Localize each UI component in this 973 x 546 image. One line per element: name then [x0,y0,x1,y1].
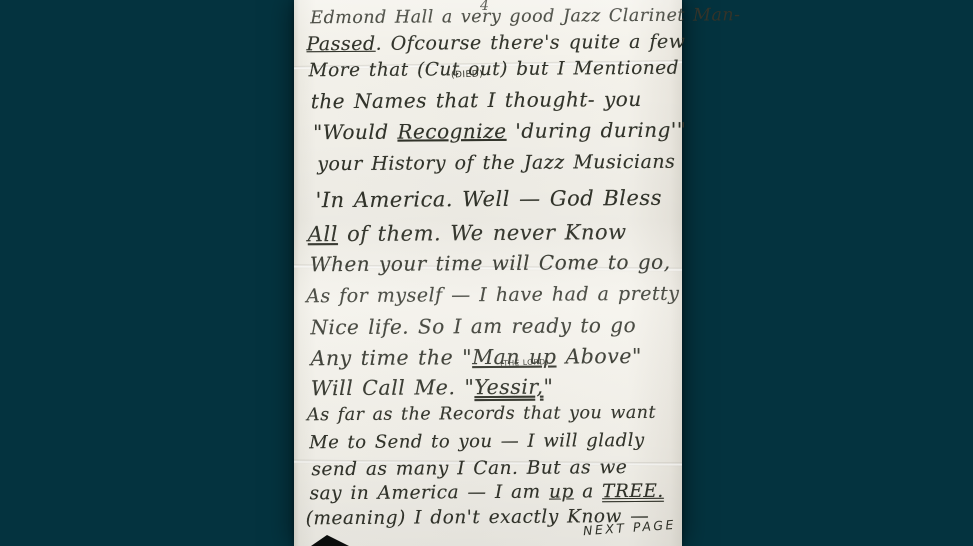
letter-text-segment: As far as the Records that you want [307,403,656,425]
letter-text-segment: " [543,375,553,399]
letter-text-segment: Recognize [397,119,506,144]
letter-line: As for myself — I have had a pretty [302,278,679,313]
letter-text-segment: When your time will Come to go, [310,250,671,277]
letter-text-segment: Nice life. So I am ready to go [310,313,636,339]
letter-line: Edmond Hall a very good Jazz Clarinet Ma… [300,3,677,33]
letter-line: "Would Recognize 'during during'" [301,115,678,148]
letter-text-segment: "Would [313,120,398,145]
letter-text-segment: a [574,481,602,502]
letter-line: 'In America. Well — God Bless [301,180,678,220]
photo-background: 4 Edmond Hall a very good Jazz Clarinet … [0,0,973,546]
paper-corner-shadow [311,535,349,546]
letter-text-segment: More that (Cut out) but I Mentioned [309,58,680,82]
letter-line: say in America — I am up a TREE. [303,480,680,507]
letter-line: send as many I Can. But as we [303,455,680,483]
letter-text-segment: Any time the " [311,345,473,370]
letter-line: When your time will Come to go, [302,247,679,281]
letter-text-segment: TREE. [602,481,664,502]
letter-line: Nice life. So I am ready to go [302,310,679,343]
letter-text-segment: Will Call Me. " [311,375,475,400]
letter-text-segment: . Ofcourse there's quite a few [376,31,686,55]
letter-text-segment: Me to Send to you — I will gladly [309,430,645,453]
letter-line: As far as the Records that you want [303,400,680,430]
letter-line: Me to Send to you — I will gladly [303,427,680,458]
letter-text-segment: 'In America. Well — God Bless [315,186,662,212]
letter-text-segment: Yessir, [474,375,543,399]
letter-page: 4 Edmond Hall a very good Jazz Clarinet … [294,0,682,546]
letter-line: the Names that I thought- you [301,83,678,118]
letter-line: Any time the "Man up Above" [303,340,680,376]
letter-text-segment: your History of the Jazz Musicians [317,151,675,175]
letter-text-segment: 'during during'" [506,118,686,143]
letter-line: Passed. Ofcourse there's quite a few [300,30,677,58]
letter-text-segment: As for myself — I have had a pretty [306,283,679,308]
letter-line: your History of the Jazz Musicians [301,145,678,183]
letter-lines: Edmond Hall a very good Jazz Clarinet Ma… [300,3,681,533]
letter-text-segment: the Names that I thought- you [311,87,642,113]
annotation-the-lord: (THE LORD) [500,357,549,368]
letter-text-segment: Edmond Hall a very good Jazz Clarinet Ma… [310,5,740,28]
annotation-died: (DIED) [451,69,484,80]
letter-text-segment: Above" [556,344,642,369]
letter-text-segment: All [308,222,338,246]
letter-text-segment: up [549,481,574,502]
letter-text-segment: say in America — I am [310,482,550,505]
letter-text-segment: of them. We never Know [338,220,627,246]
letter-text-segment: send as many I Can. But as we [311,457,627,480]
letter-line: Will Call Me. "Yessir," [303,373,680,403]
letter-line: More that (Cut out) but I Mentioned [301,55,678,86]
letter-line: All of them. We never Know [302,217,679,250]
letter-text-segment: Passed [306,33,375,55]
